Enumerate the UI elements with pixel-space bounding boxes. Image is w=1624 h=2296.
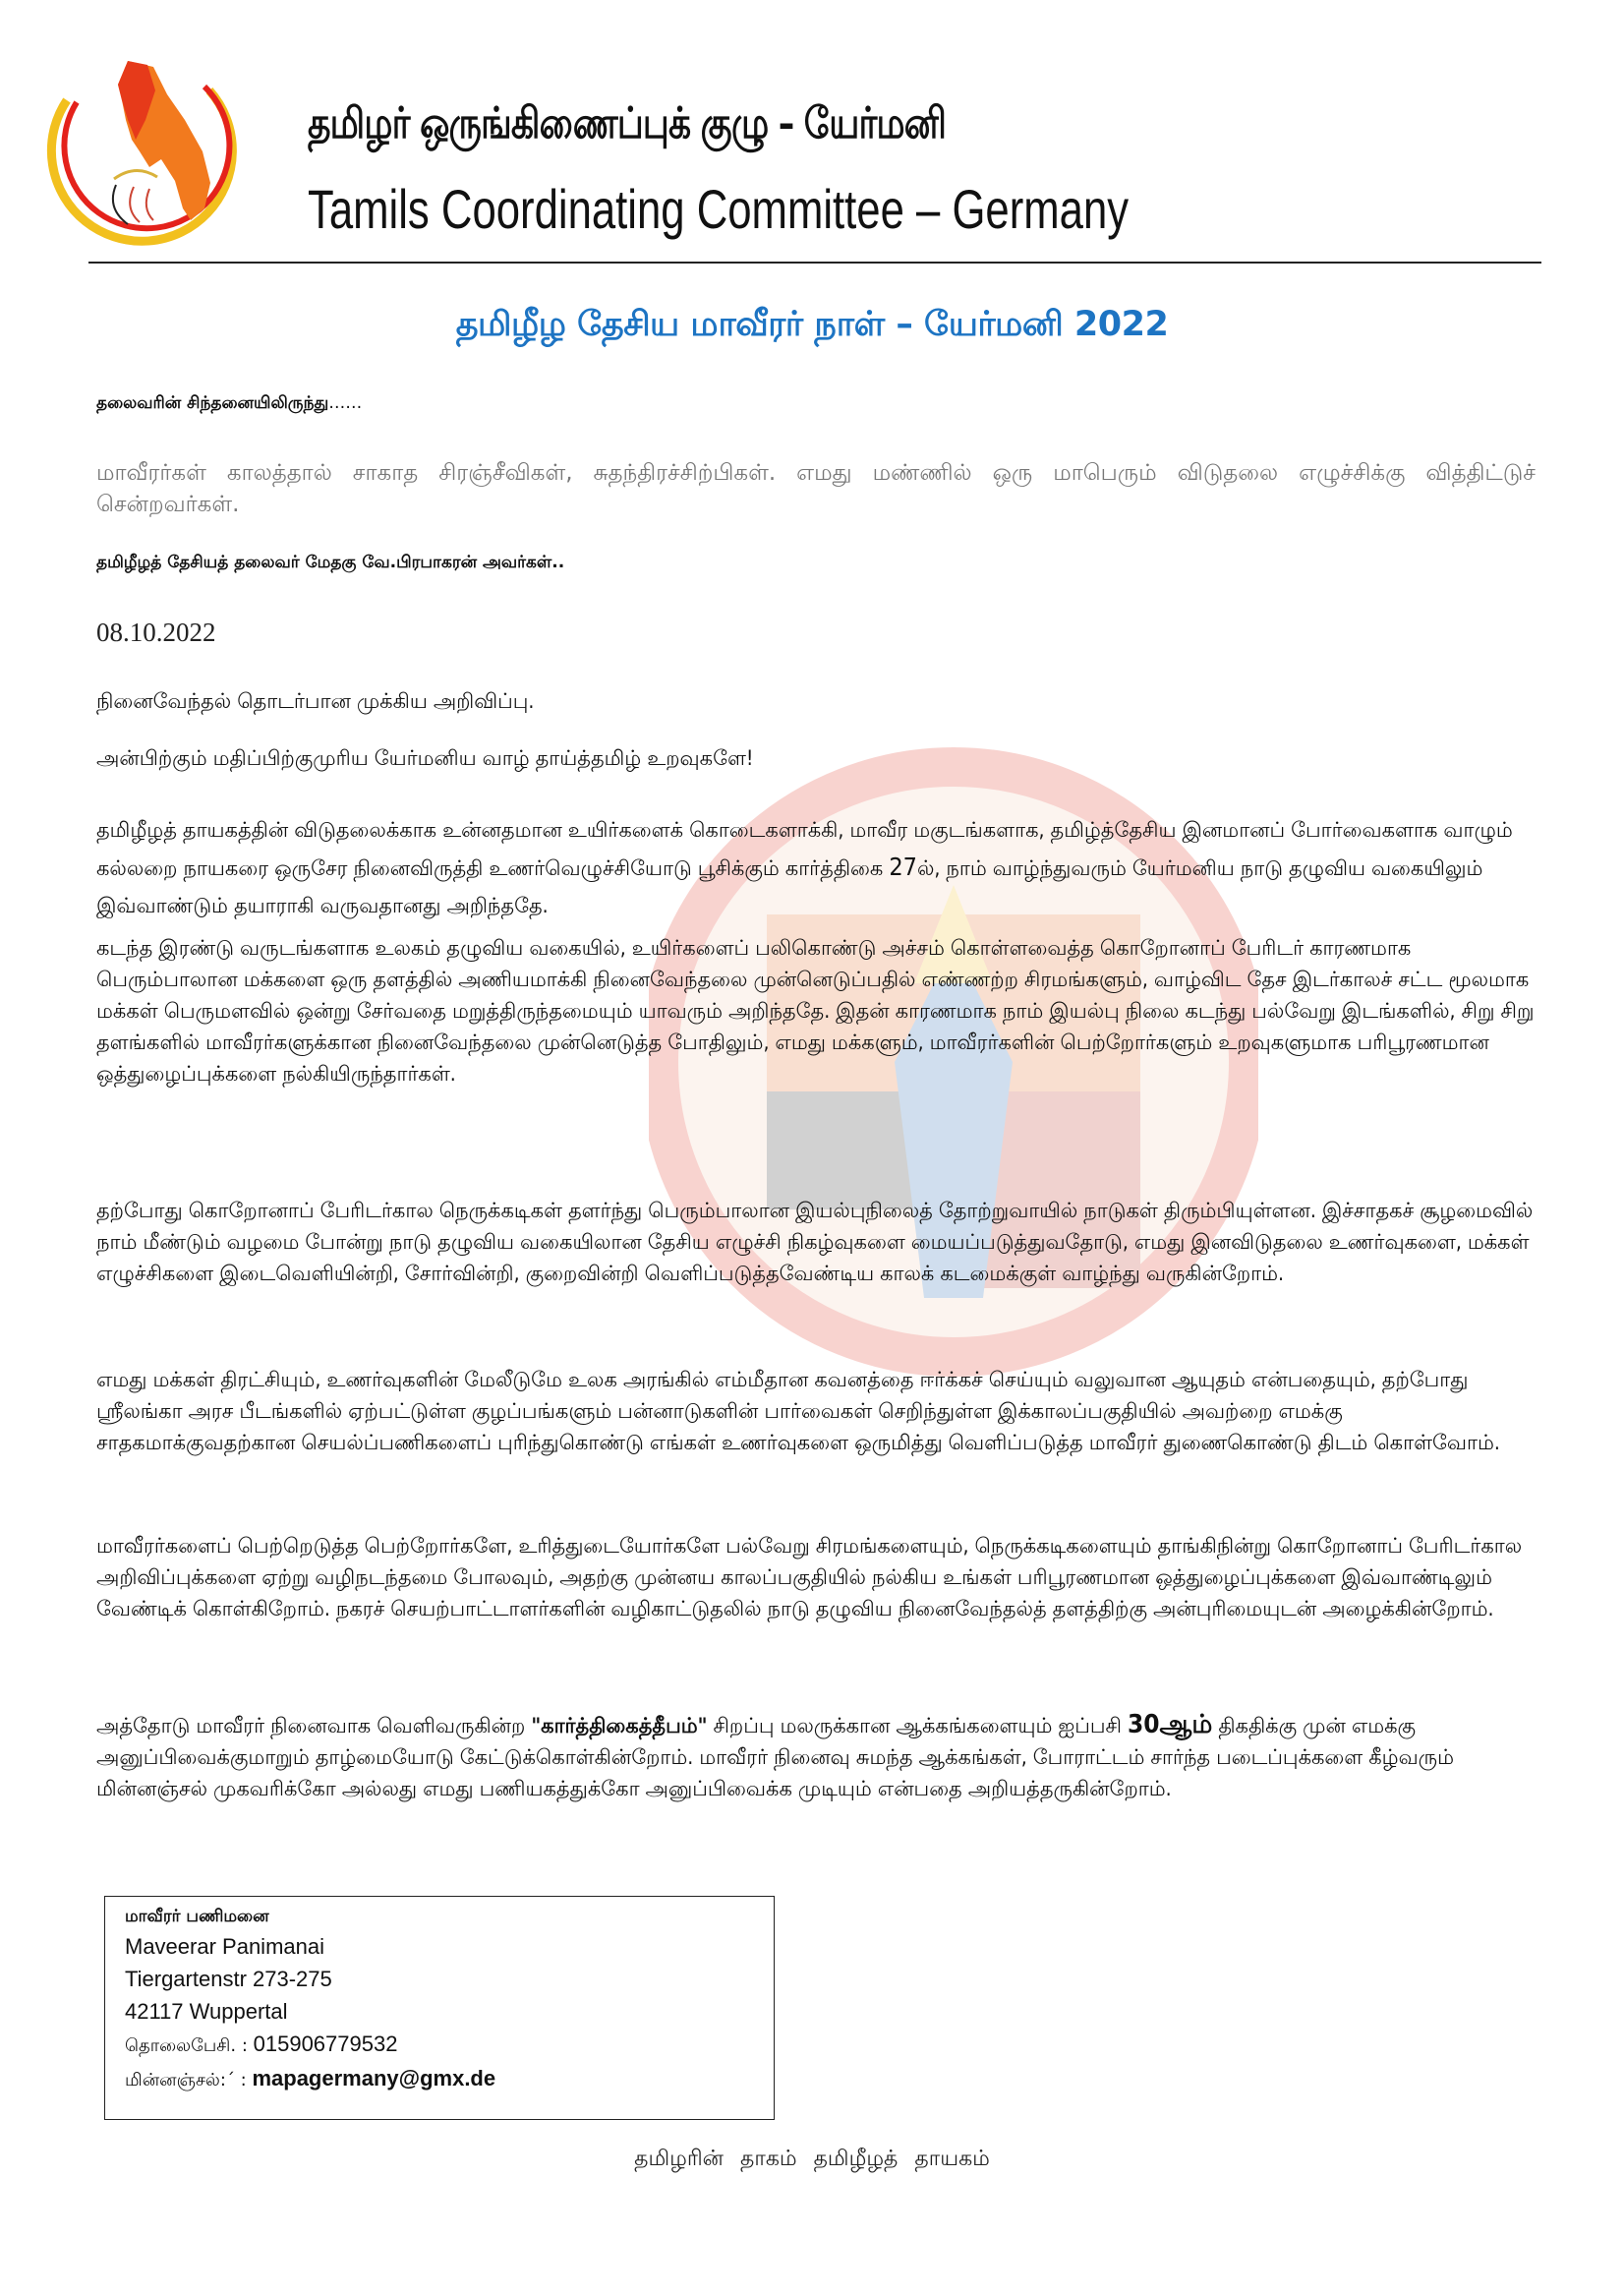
page-title: தமிழீழ தேசிய மாவீரர் நாள் – யேர்மனி 2022 [0,305,1624,348]
contact-street: Tiergartenstr 273-275 [125,1963,754,1995]
contact-city: 42117 Wuppertal [125,1995,754,2028]
org-name-english: Tamils Coordinating Committee – Germany [308,177,1129,241]
footer-motto: தமிழரின் தாகம் தமிழீழத் தாயகம் [0,2147,1624,2174]
header-divider [88,262,1541,264]
quote-attribution: தமிழீழத் தேசியத் தலைவர் மேதகு வே.பிரபாகர… [96,553,564,574]
tcc-logo-icon [37,61,244,258]
paragraph-6-text-b: சிறப்பு மலருக்கான ஆக்கங்களையும் ஐப்பசி [707,1714,1128,1737]
paragraph-3: தற்போது கொறோனாப் பேரிடர்கால நெருக்கடிகள்… [96,1195,1541,1289]
document-date: 08.10.2022 [96,618,216,648]
magazine-name: "கார்த்திகைத்தீபம்" [531,1714,707,1737]
greeting: அன்பிற்கும் மதிப்பிற்குமுரிய யேர்மனிய வா… [96,742,1541,774]
contact-heading: மாவீரர் பணிமனை [125,1907,754,1928]
leader-quote-label-ellipsis: …… [328,393,362,413]
contact-phone-row: தொலைபேசி. : 015906779532 [125,2028,754,2062]
paragraph-4: எமது மக்கள் திரட்சியும், உணர்வுகளின் மேல… [96,1364,1541,1458]
contact-email-row: மின்னஞ்சல்:΄ : mapagermany@gmx.de [125,2062,754,2096]
paragraph-6-text-a: அத்தோடு மாவீரர் நினைவாக வெளிவருகின்ற [96,1714,531,1737]
org-name-tamil: தமிழர் ஒருங்கிணைப்புக் குழு – யேர்மனி [308,98,946,154]
document-page: தமிழர் ஒருங்கிணைப்புக் குழு – யேர்மனி Ta… [0,0,1624,2296]
paragraph-5: மாவீரர்களைப் பெற்றெடுத்த பெற்றோர்களே, உர… [96,1530,1541,1624]
phone-number[interactable]: 015906779532 [254,2031,398,2056]
paragraph-2: கடந்த இரண்டு வருடங்களாக உலகம் தழுவிய வகை… [96,932,1541,1089]
leader-quote: மாவீரர்கள் காலத்தால் சாகாத சிரஞ்சீவிகள்,… [96,457,1536,520]
paragraph-1-day: 27 [889,853,917,881]
notice-title: நினைவேந்தல் தொடர்பான முக்கிய அறிவிப்பு. [96,685,1541,717]
email-link[interactable]: mapagermany@gmx.de [252,2066,495,2090]
email-label: மின்னஞ்சல்:΄ : [125,2070,252,2090]
submission-deadline: 30ஆம் [1128,1710,1212,1739]
phone-label: தொலைபேசி. : [125,2035,254,2056]
contact-name: Maveerar Panimanai [125,1930,754,1963]
contact-box: மாவீரர் பணிமனை Maveerar Panimanai Tierga… [104,1896,775,2120]
paragraph-6: அத்தோடு மாவீரர் நினைவாக வெளிவருகின்ற "கா… [96,1709,1541,1804]
paragraph-1: தமிழீழத் தாயகத்தின் விடுதலைக்காக உன்னதமா… [96,811,1541,924]
leader-quote-label: தலைவரின் சிந்தனையிலிருந்து…… [96,393,362,415]
leader-quote-label-text: தலைவரின் சிந்தனையிலிருந்து [96,393,328,413]
